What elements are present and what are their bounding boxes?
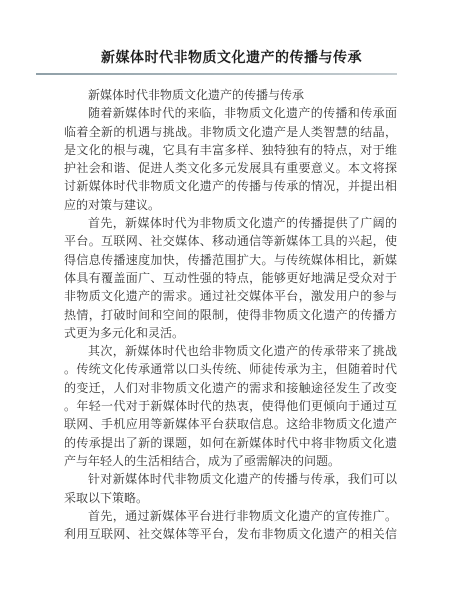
document-title: 新媒体时代非物质文化遗产的传播与传承 [0,0,463,69]
text-line: 首先，通过新媒体平台进行非物质文化遗产的宣传推广。 [64,507,397,525]
text-line: 新媒体时代非物质文化遗产的传播与传承 [64,86,397,104]
text-line: 。传统文化传承通常以口头传统、师徒传承为主，但随着时代 [64,360,397,378]
text-line: 讨新媒体时代非物质文化遗产的传播与传承的情况，并提出相 [64,177,397,195]
text-line: 其次，新媒体时代也给非物质文化遗产的传承带来了挑战 [64,342,397,360]
document-page: 新媒体时代非物质文化遗产的传播与传承 新媒体时代非物质文化遗产的传播与传承随着新… [0,0,463,600]
text-line: 式更为多元化和灵活。 [64,324,397,342]
text-line: 。年轻一代对于新媒体时代的热衷，使得他们更倾向于通过互 [64,397,397,415]
text-line: 利用互联网、社交媒体等平台，发布非物质文化遗产的相关信 [64,525,397,543]
text-line: 非物质文化遗产的需求。通过社交媒体平台，激发用户的参与 [64,287,397,305]
text-line: 得信息传播速度加快，传播范围扩大。与传统媒体相比，新媒 [64,251,397,269]
text-line: 的变迁，人们对非物质文化遗产的需求和接触途径发生了改变 [64,379,397,397]
text-line: 的传承提出了新的课题，如何在新媒体时代中将非物质文化遗 [64,434,397,452]
text-line: 应的对策与建议。 [64,196,397,214]
text-line: 产与年轻人的生活相结合，成为了亟需解决的问题。 [64,452,397,470]
text-line: 随着新媒体时代的来临，非物质文化遗产的传播和传承面 [64,104,397,122]
text-line: 体具有覆盖面广、互动性强的特点，能够更好地满足受众对于 [64,269,397,287]
text-line: 采取以下策略。 [64,489,397,507]
text-line: 首先，新媒体时代为非物质文化遗产的传播提供了广阔的 [64,214,397,232]
text-line: 临着全新的机遇与挑战。非物质文化遗产是人类智慧的结晶， [64,123,397,141]
title-divider [36,73,397,75]
text-line: 是文化的根与魂，它具有丰富多样、独特独有的特点，对于维 [64,141,397,159]
document-body: 新媒体时代非物质文化遗产的传播与传承随着新媒体时代的来临，非物质文化遗产的传播和… [64,86,397,543]
text-line: 联网、手机应用等新媒体平台获取信息。这给非物质文化遗产 [64,415,397,433]
text-line: 平台。互联网、社交媒体、移动通信等新媒体工具的兴起，使 [64,232,397,250]
text-line: 护社会和谐、促进人类文化多元发展具有重要意义。本文将探 [64,159,397,177]
text-line: 热情，打破时间和空间的限制，使得非物质文化遗产的传播方 [64,306,397,324]
text-line: 针对新媒体时代非物质文化遗产的传播与传承，我们可以 [64,470,397,488]
